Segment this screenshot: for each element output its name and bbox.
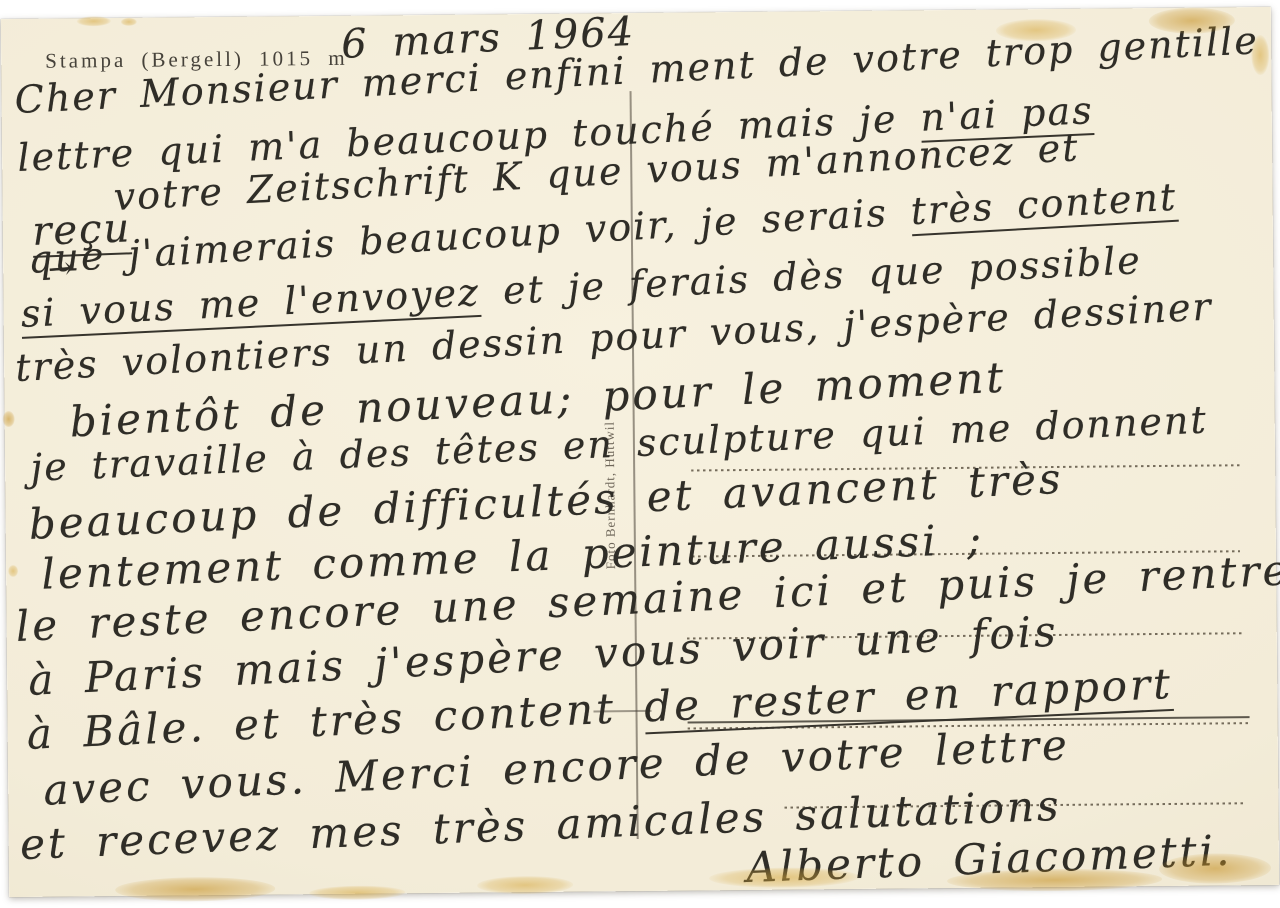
stain [477, 876, 573, 895]
stain [77, 16, 111, 26]
stain [121, 18, 137, 26]
underlined-text: très content [910, 175, 1179, 237]
postcard: Stampa (Bergell) 1015 m 6 mars 1964 Foto… [1, 7, 1279, 897]
stain [8, 565, 18, 577]
stain [309, 885, 405, 900]
stain [3, 411, 15, 427]
stain [115, 877, 275, 903]
